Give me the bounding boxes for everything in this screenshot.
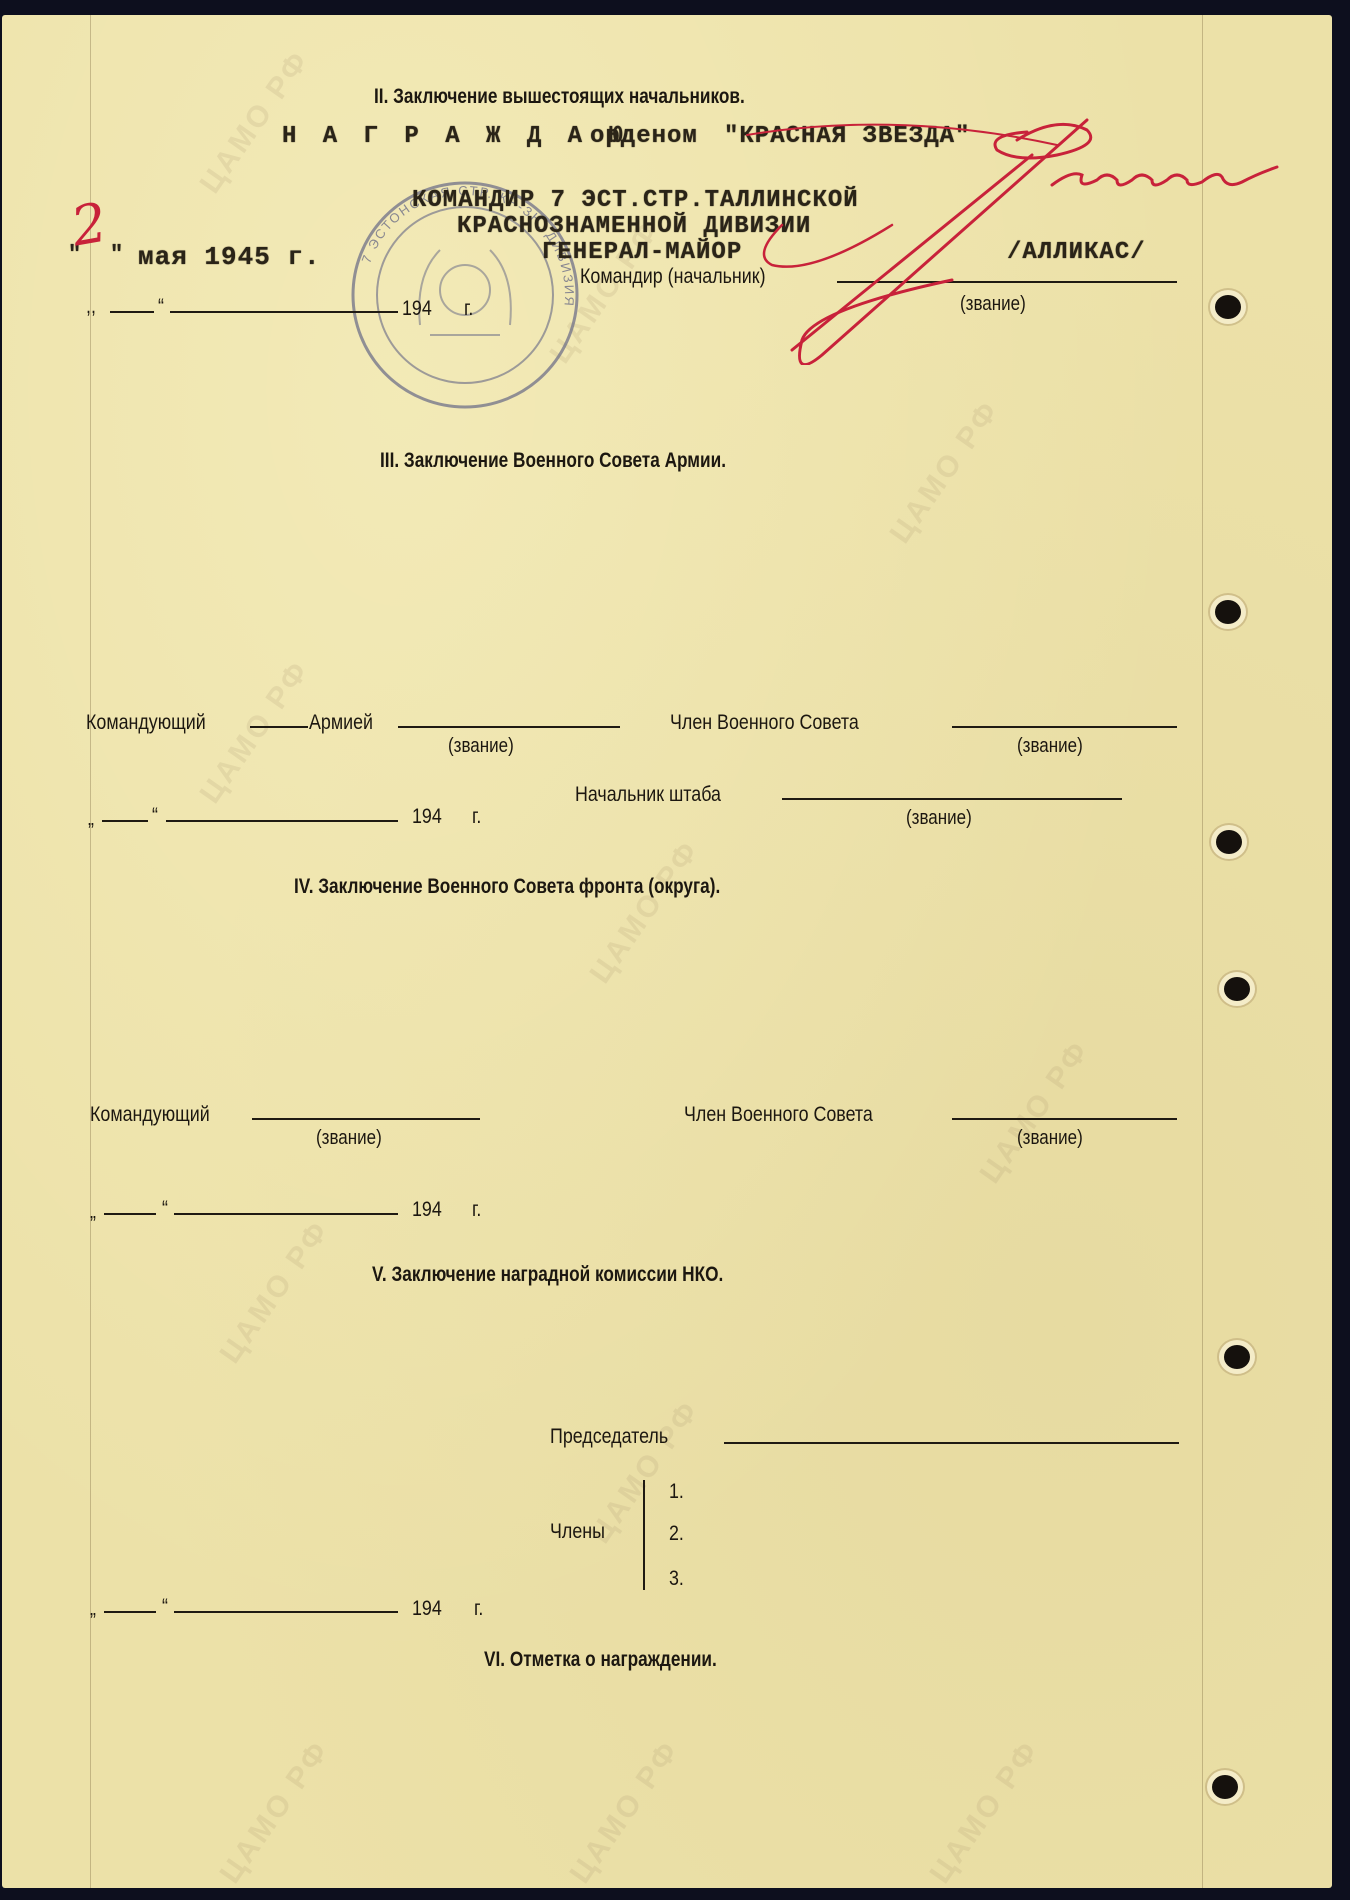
council-member-label: Член Военного Совета — [684, 1103, 873, 1127]
blank-date-open: ,, — [86, 295, 96, 319]
punch-hole — [1215, 600, 1241, 624]
date-year: 194 — [412, 1198, 442, 1222]
council-member-label: Член Военного Совета — [670, 711, 859, 735]
punch-hole — [1224, 977, 1250, 1001]
date-year-suffix: г. — [474, 1597, 483, 1621]
member-3-number: 3. — [669, 1567, 684, 1591]
army-number-line — [250, 726, 308, 728]
date-open: „ — [90, 1200, 96, 1224]
award-mid-typed: орденом — [590, 123, 698, 150]
date-typed: мая 1945 г. — [138, 242, 321, 272]
member-2-number: 2. — [669, 1522, 684, 1546]
document-page: ЦАМО РФ ЦАМО РФ ЦАМО РФ ЦАМО РФ ЦАМО РФ … — [2, 15, 1332, 1888]
section-3-heading: III. Заключение Военного Совета Армии. — [380, 449, 726, 473]
army-commander-signature-line — [398, 726, 620, 728]
rank-label: (звание) — [1017, 1127, 1083, 1150]
watermark: ЦАМО РФ — [584, 834, 707, 990]
date-month-line — [174, 1611, 398, 1613]
punch-hole — [1224, 1345, 1250, 1369]
date-quote: “ — [152, 804, 158, 828]
watermark: ЦАМО РФ — [214, 1734, 337, 1890]
blank-day-line — [110, 311, 154, 313]
member-1-number: 1. — [669, 1480, 684, 1504]
date-year-suffix: г. — [472, 1198, 481, 1222]
chairman-label: Председатель — [550, 1425, 668, 1449]
watermark: ЦАМО РФ — [974, 1034, 1097, 1190]
watermark: ЦАМО РФ — [884, 394, 1007, 550]
award-prefix-typed: Н А Г Р А Ж Д А Ю — [282, 123, 629, 150]
rank-label: (звание) — [316, 1127, 382, 1150]
date-month-line — [174, 1213, 398, 1215]
chief-of-staff-label: Начальник штаба — [575, 783, 721, 807]
watermark: ЦАМО РФ — [924, 1734, 1047, 1890]
section-4-heading: IV. Заключение Военного Совета фронта (о… — [294, 875, 720, 899]
rank-label: (звание) — [448, 735, 514, 758]
date-open: „ — [90, 1597, 96, 1621]
date-year: 194 — [412, 1597, 442, 1621]
date-quote: “ — [162, 1197, 168, 1221]
section-2-heading: II. Заключение вышестоящих начальников. — [374, 85, 745, 109]
date-month-line — [166, 820, 398, 822]
members-label: Члены — [550, 1520, 605, 1544]
date-quote-close: " — [110, 242, 124, 267]
date-day-line — [102, 820, 148, 822]
date-quote: “ — [162, 1595, 168, 1619]
red-signature — [702, 115, 1302, 365]
date-open: „ — [88, 807, 94, 831]
punch-hole — [1216, 830, 1242, 854]
date-day-line — [104, 1611, 156, 1613]
council-member-signature-line — [952, 1118, 1177, 1120]
watermark: ЦАМО РФ — [214, 1214, 337, 1370]
date-year-suffix: г. — [472, 805, 481, 829]
date-day-line — [104, 1213, 156, 1215]
blank-year-suffix: г. — [464, 297, 473, 321]
blank-year: 194 — [402, 297, 432, 321]
army-commander-label: Командующий — [86, 711, 206, 735]
date-year: 194 — [412, 805, 442, 829]
members-bracket — [643, 1480, 645, 1590]
watermark: ЦАМО РФ — [194, 654, 317, 810]
section-5-heading: V. Заключение наградной комиссии НКО. — [372, 1263, 723, 1287]
front-commander-signature-line — [252, 1118, 480, 1120]
blank-month-line — [170, 311, 398, 313]
watermark: ЦАМО РФ — [564, 1734, 687, 1890]
watermark: ЦАМО РФ — [194, 44, 317, 200]
punch-hole — [1212, 1775, 1238, 1799]
chief-of-staff-signature-line — [782, 798, 1122, 800]
chairman-signature-line — [724, 1442, 1179, 1444]
blank-date-quote: “ — [158, 295, 164, 319]
rank-label: (звание) — [906, 807, 972, 830]
army-label: Армией — [309, 711, 373, 735]
section-6-heading: VI. Отметка о награждении. — [484, 1648, 717, 1672]
council-member-signature-line — [952, 726, 1177, 728]
front-commander-label: Командующий — [90, 1103, 210, 1127]
rank-label: (звание) — [1017, 735, 1083, 758]
